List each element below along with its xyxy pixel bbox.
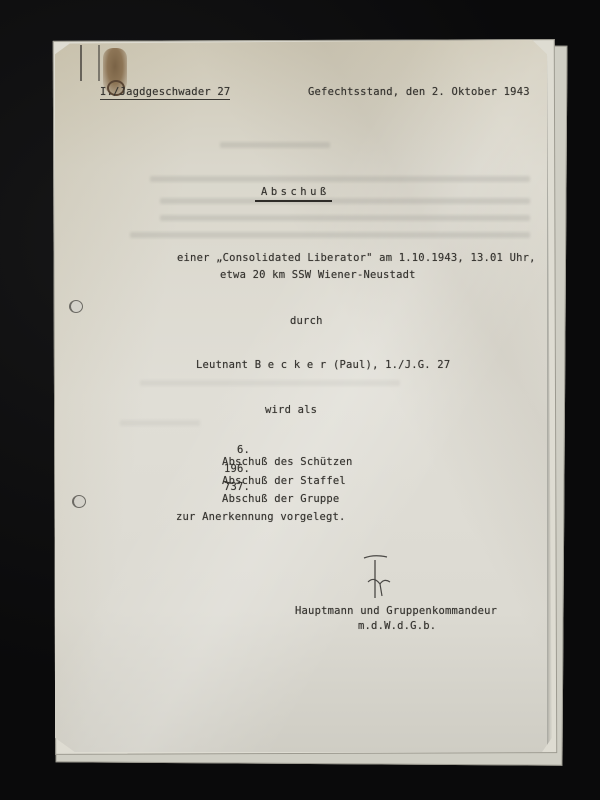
- claim-line-2: etwa 20 km SSW Wiener-Neustadt: [220, 269, 416, 281]
- punch-hole: [69, 300, 83, 313]
- bleed-through-text: [160, 215, 530, 221]
- signatory-abbreviation: m.d.W.d.G.b.: [358, 620, 436, 632]
- location-date: Gefechtsstand, den 2. Oktober 1943: [308, 86, 530, 98]
- pilot-name: Leutnant B e c k e r (Paul), 1./J.G. 27: [196, 359, 450, 371]
- bleed-through-text: [150, 176, 530, 182]
- bleed-through-text: [140, 380, 400, 386]
- bleed-through-text: [130, 232, 530, 238]
- bleed-through-text: [120, 420, 200, 426]
- closing-line: zur Anerkennung vorgelegt.: [176, 511, 346, 523]
- durch-label: durch: [290, 315, 323, 327]
- document-title: Abschuß: [255, 186, 332, 202]
- paper-clip-mark: [80, 45, 100, 81]
- victory-number: 737.: [222, 481, 250, 493]
- wird-als-label: wird als: [265, 404, 317, 416]
- victory-label: Abschuß der Gruppe: [222, 493, 339, 505]
- unit-header: I./Jagdgeschwader 27: [100, 86, 230, 100]
- victory-row: 737. Abschuß der Gruppe: [209, 469, 339, 505]
- signature-icon: [360, 552, 410, 602]
- bleed-through-text: [160, 198, 530, 204]
- punch-hole: [72, 495, 86, 508]
- claim-line-1: einer „Consolidated Liberator" am 1.10.1…: [177, 252, 536, 264]
- bleed-through-text: [220, 142, 330, 148]
- signatory-rank: Hauptmann und Gruppenkommandeur: [295, 605, 497, 617]
